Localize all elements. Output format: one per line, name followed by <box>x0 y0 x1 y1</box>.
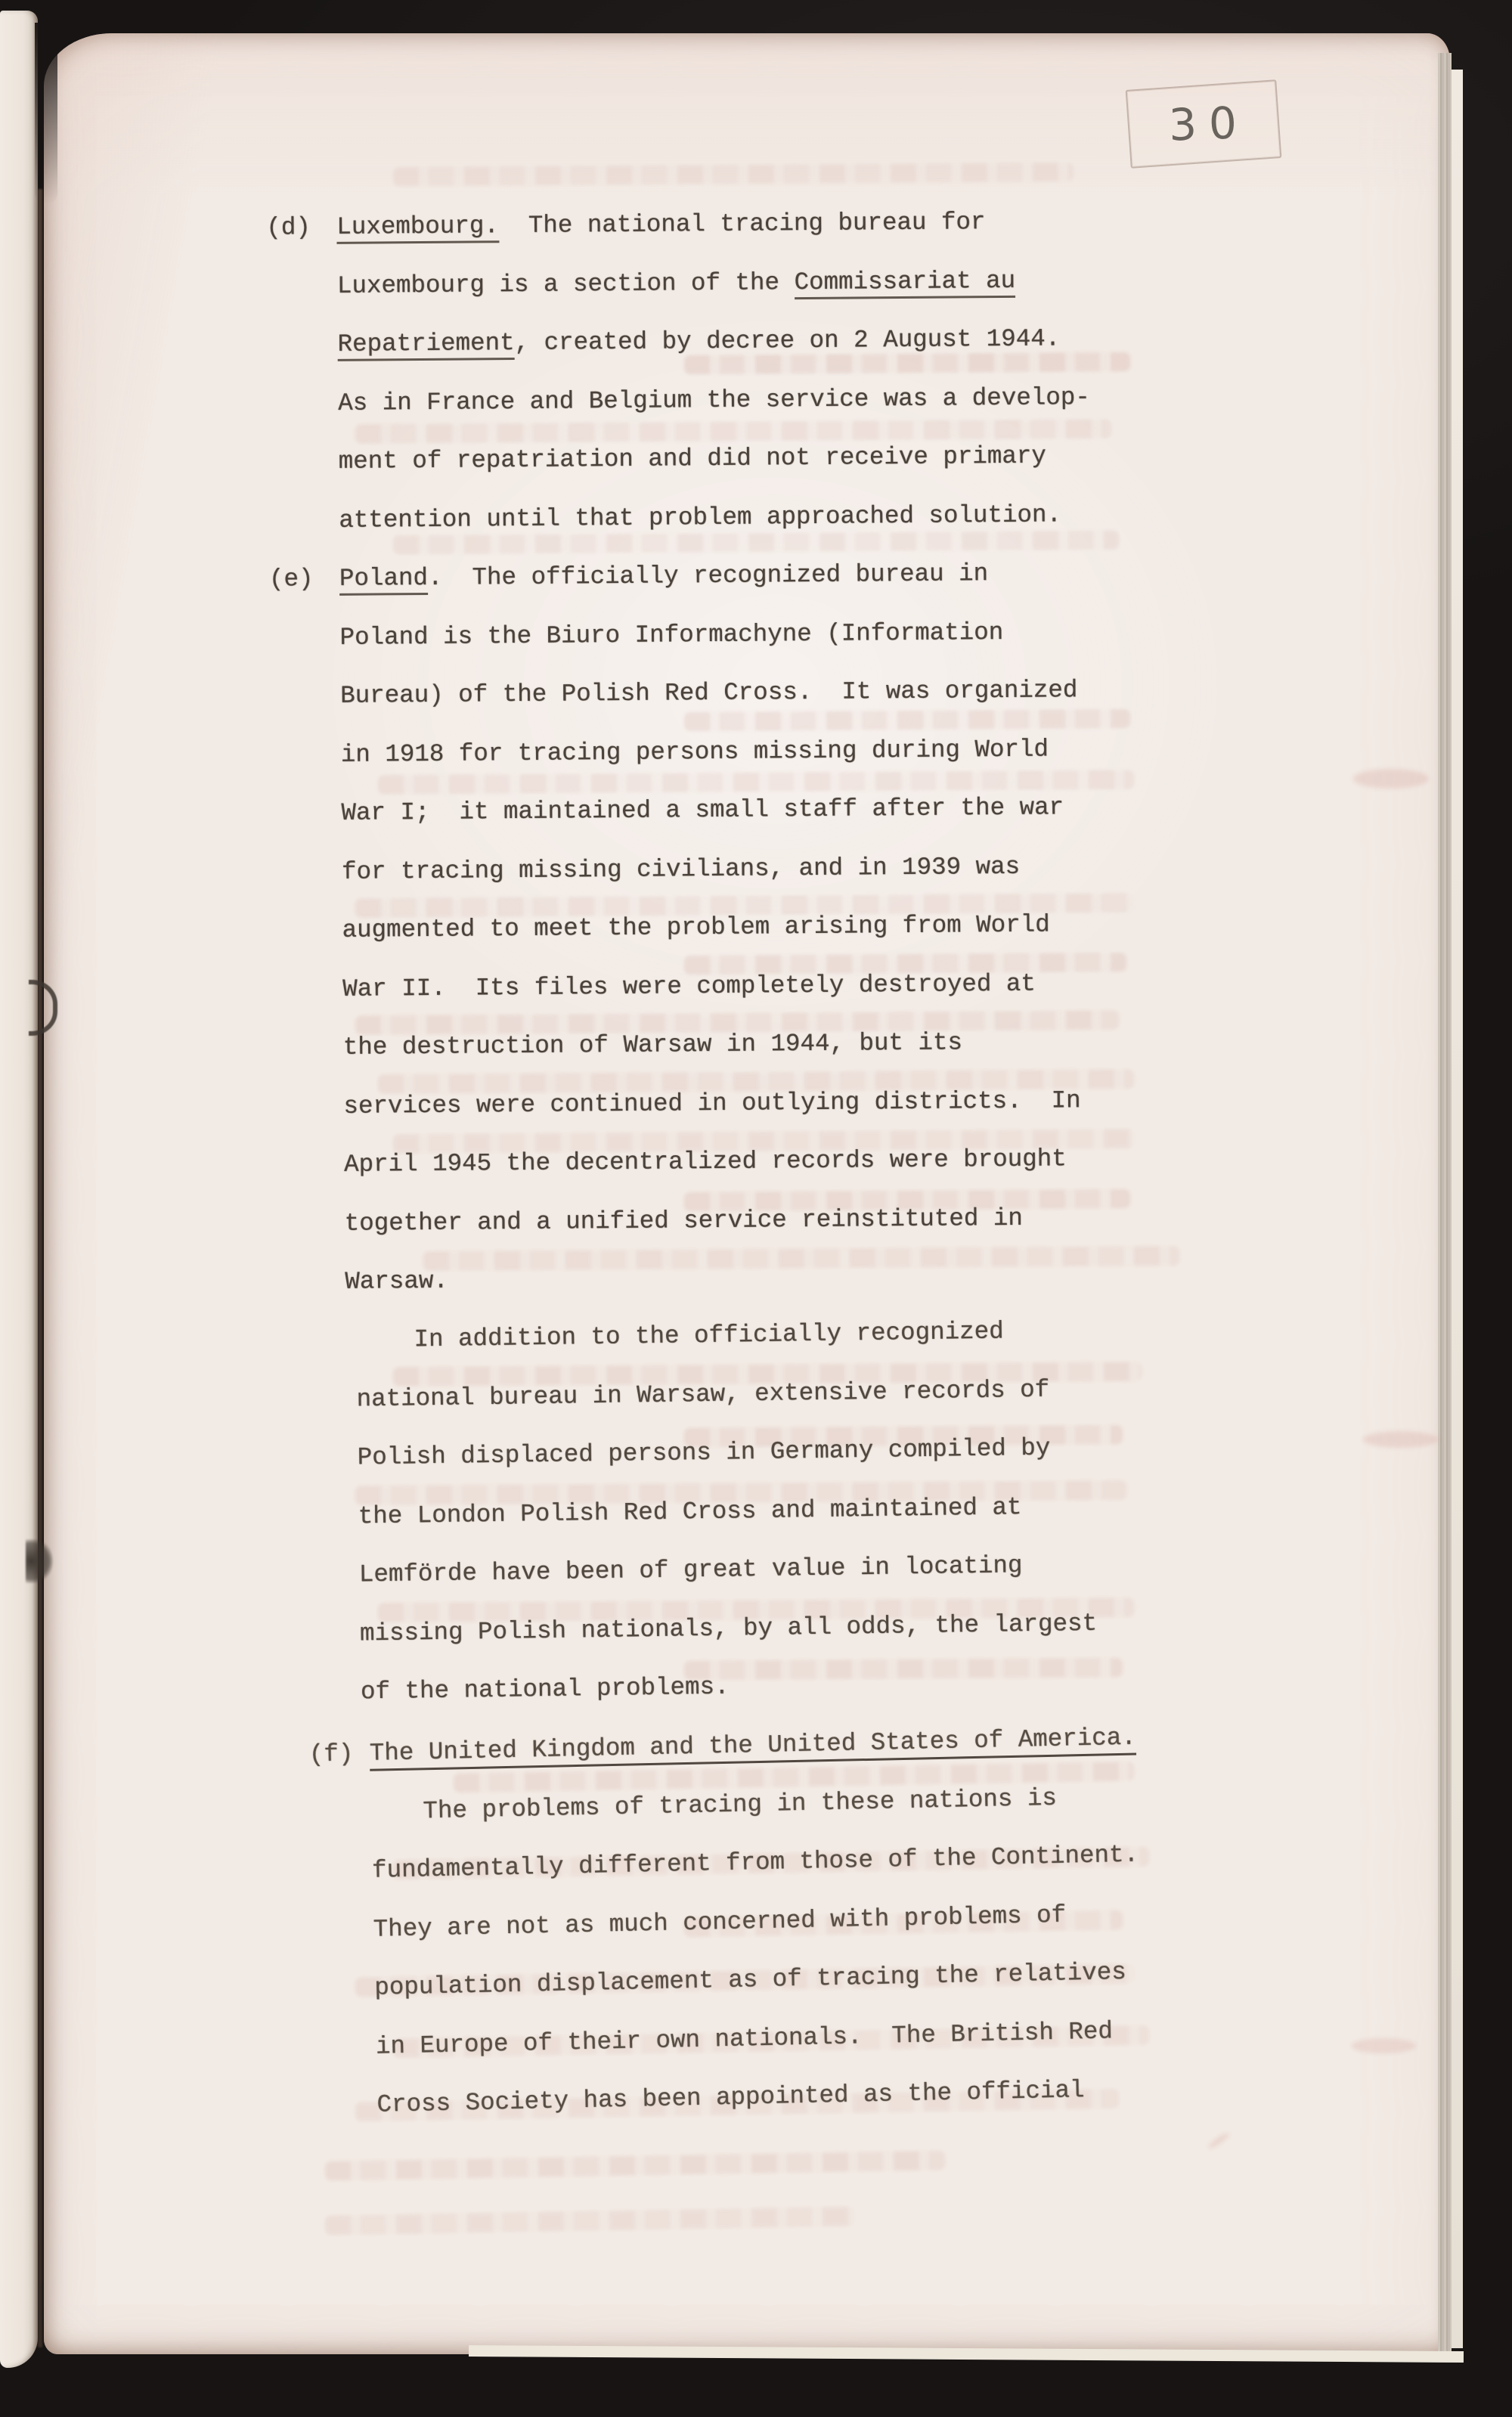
ink-smudge <box>1352 2038 1416 2053</box>
typed-line: War I; it maintained a small staff after… <box>5 777 1230 845</box>
underlined-text: Repatriement <box>337 329 514 361</box>
ink-smudge <box>1363 1431 1439 1448</box>
underlined-text: Poland <box>339 564 428 596</box>
typed-section-poland-addendum: In addition to the officially recognized… <box>0 1299 1230 1726</box>
typed-line: augmented to meet the problem arising fr… <box>5 894 1231 962</box>
under-page-sliver-right <box>1452 70 1463 2348</box>
typed-line: As in France and Belgium the service was… <box>2 367 1227 435</box>
typed-text: Luxembourg is a section of the <box>337 268 795 300</box>
typed-line: for tracing missing civilians, and in 19… <box>5 835 1231 903</box>
typed-line: Luxembourg is a section of the Commissar… <box>1 249 1226 318</box>
typed-line: War II. Its files were completely destro… <box>6 953 1232 1021</box>
typed-section-d-e: (d)Luxembourg. The national tracing bure… <box>0 191 1234 1314</box>
gutter-shadow <box>35 23 57 204</box>
typed-line: the destruction of Warsaw in 1944, but i… <box>7 1012 1232 1080</box>
typed-line: (d)Luxembourg. The national tracing bure… <box>0 191 1225 259</box>
typed-line: services were continued in outlying dist… <box>7 1070 1232 1138</box>
typed-line: together and a unified service reinstitu… <box>8 1187 1233 1255</box>
item-label: (d) <box>266 198 311 257</box>
underlined-text: Luxembourg. <box>336 212 499 244</box>
underlined-heading: The United Kingdom and the United States… <box>369 1724 1136 1771</box>
item-label: (e) <box>269 550 314 609</box>
item-label: (f) <box>308 1724 354 1784</box>
typed-text: . The officially recognized bureau in <box>428 559 988 592</box>
page-stack-edge <box>1438 53 1452 2353</box>
typed-line: April 1945 the decentralized records wer… <box>8 1129 1233 1197</box>
underlined-text: Commissariat au <box>794 266 1015 299</box>
pencil-page-number-box: 30 <box>1126 79 1282 169</box>
typed-line: attention until that problem approached … <box>2 484 1228 552</box>
page-number: 30 <box>1157 97 1250 151</box>
typed-line: in 1918 for tracing persons missing duri… <box>4 718 1229 786</box>
typed-section-f: (f)The United Kingdom and the United Sta… <box>0 1706 1233 2142</box>
typed-line: ment of repatriation and did not receive… <box>2 426 1227 494</box>
ink-smudge <box>1353 769 1429 789</box>
typed-line: Bureau) of the Polish Red Cross. It was … <box>4 660 1229 728</box>
typed-line: Repatriement, created by decree on 2 Aug… <box>1 308 1226 376</box>
scanned-document-photo: 30 (d)Luxembourg. The national tracing b… <box>0 0 1512 2417</box>
typed-line: (e)Poland. The officially recognized bur… <box>3 543 1228 611</box>
typed-line: Poland is the Biuro Informachyne (Inform… <box>3 601 1228 669</box>
typed-text: , created by decree on 2 August 1944. <box>514 324 1060 357</box>
typed-text: The national tracing bureau for <box>499 208 986 240</box>
